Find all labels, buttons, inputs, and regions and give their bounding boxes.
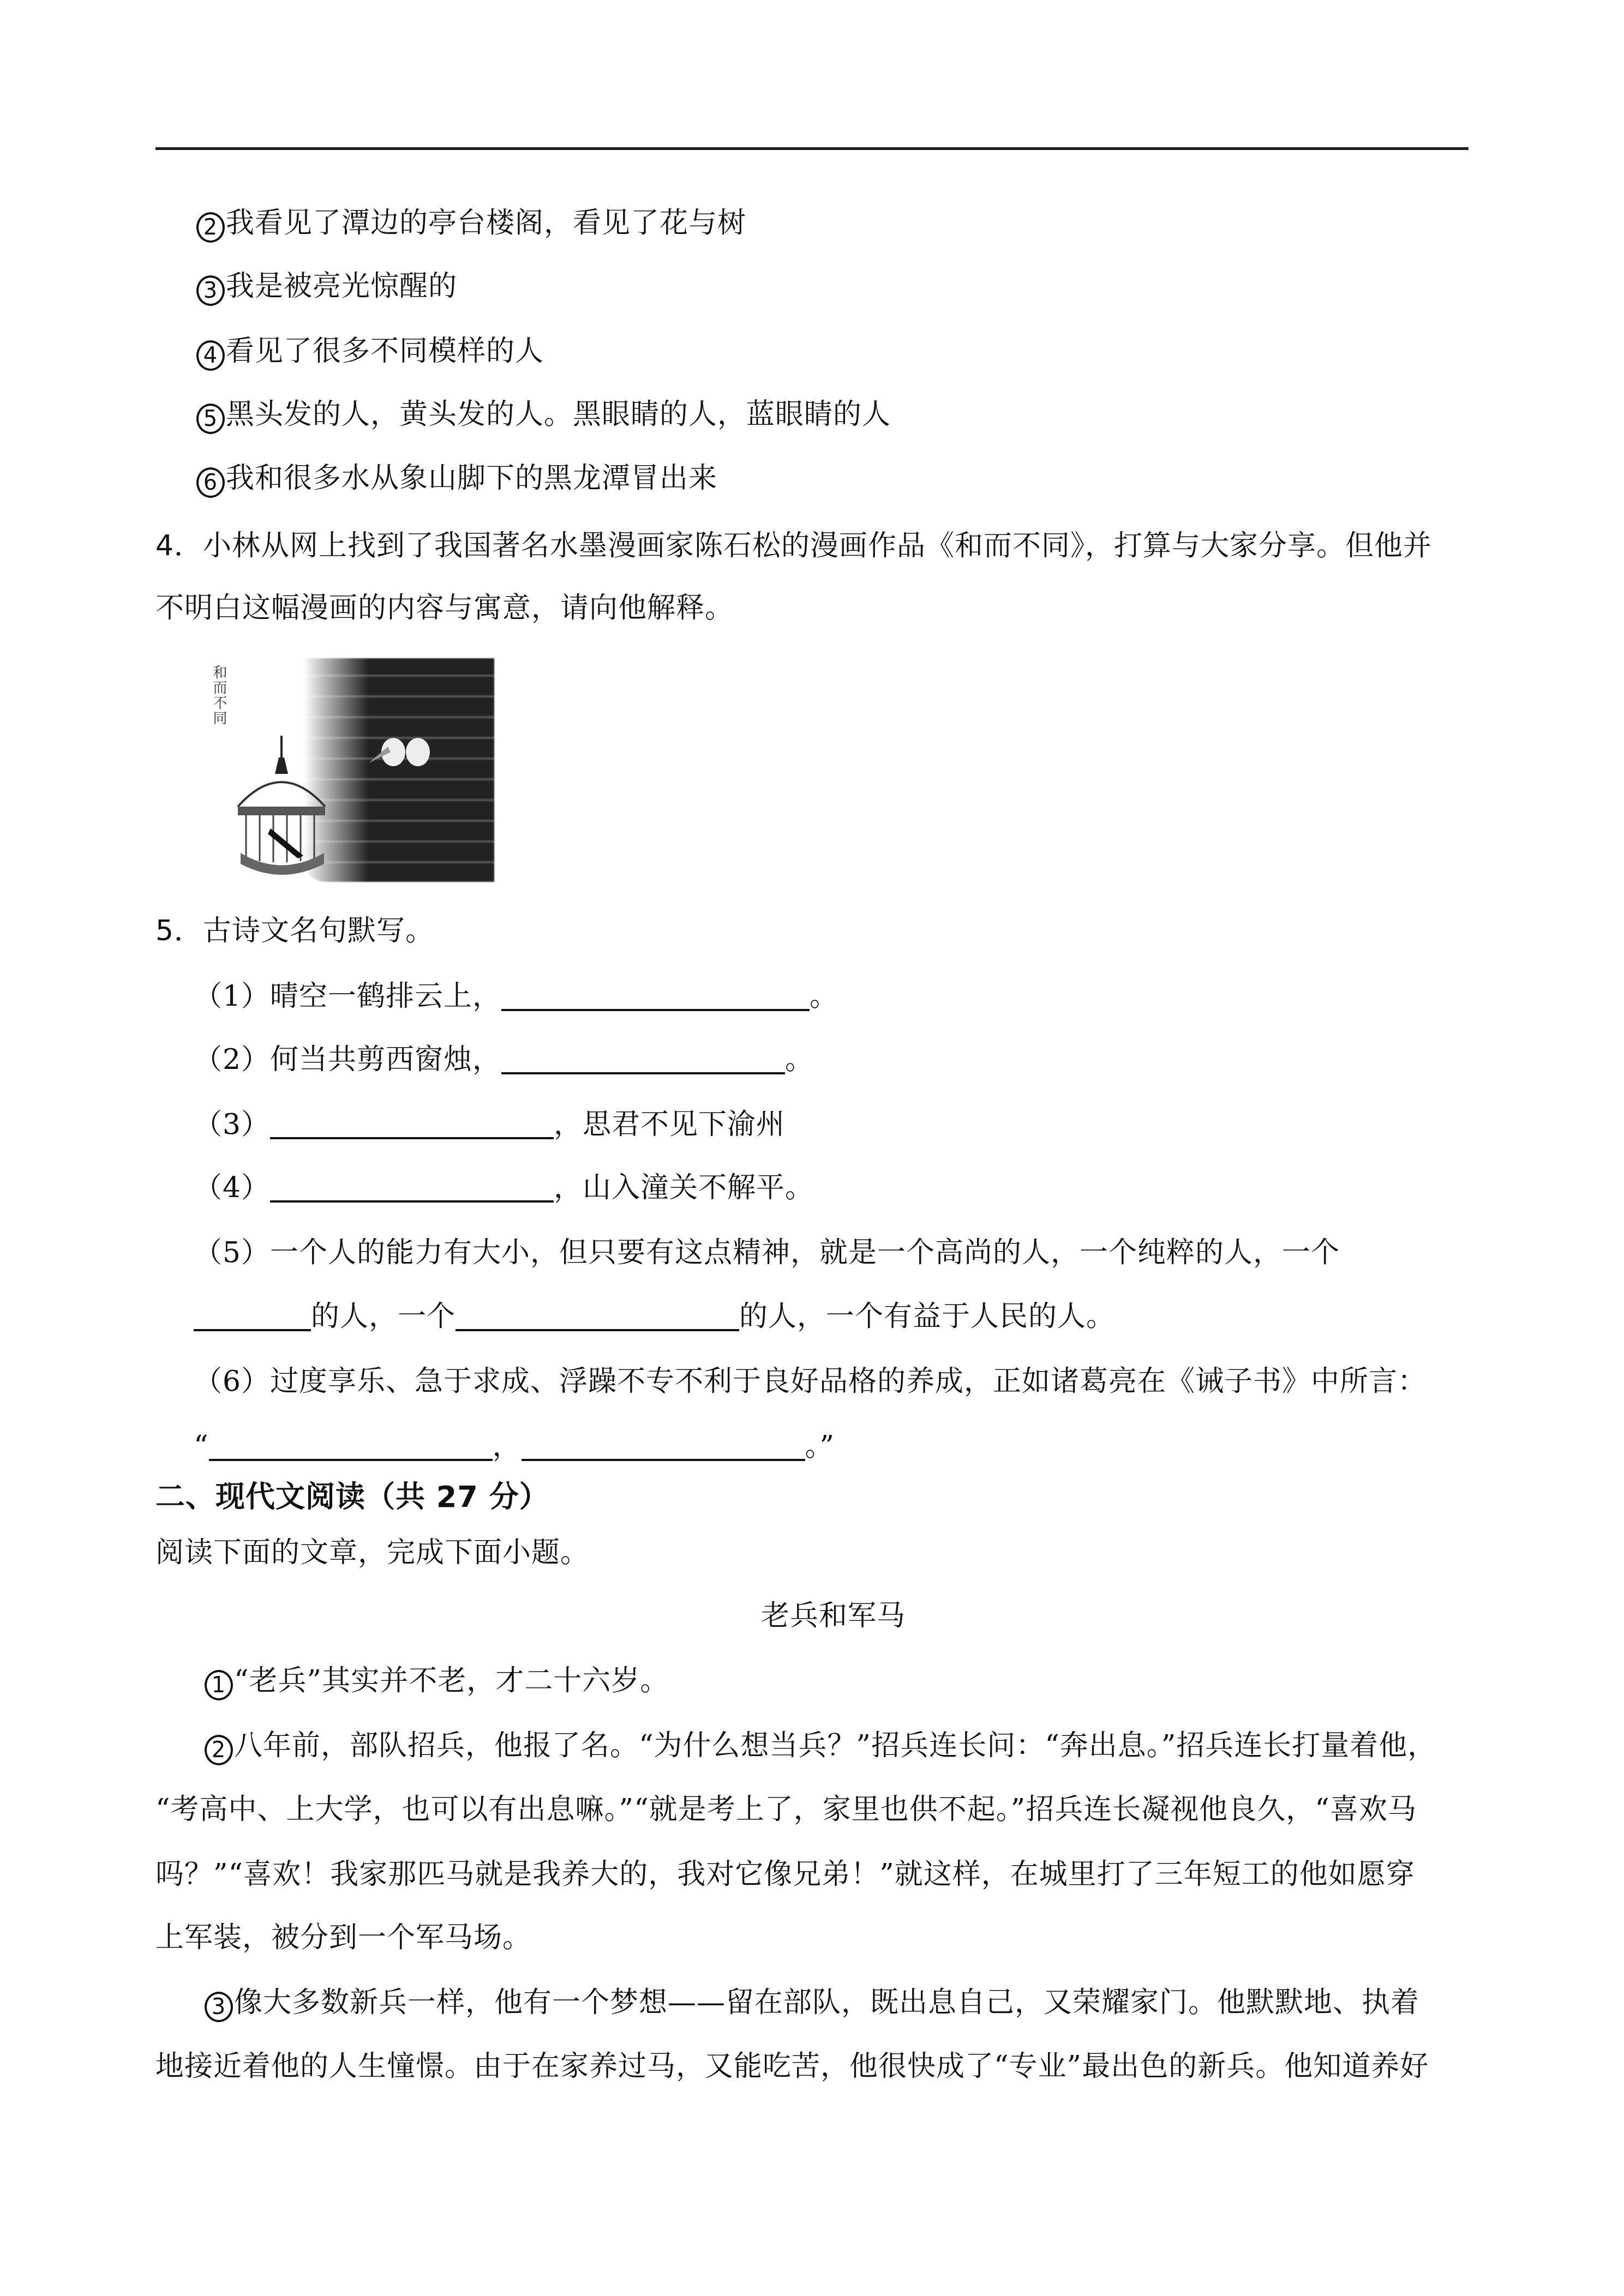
option-text: 我和很多水从象山脚下的黑龙潭冒出来 — [226, 462, 717, 495]
circled-number: 1 — [205, 1670, 233, 1700]
article-title: 老兵和军马 — [761, 1598, 906, 1633]
item-text: 一个人的能力有大小，但只要有这点精神，就是一个高尚的人，一个纯粹的人，一个 — [270, 1236, 1340, 1269]
item-label: （2） — [194, 1043, 270, 1076]
cartoon-inscription: 和而不同 — [195, 665, 228, 872]
paragraph-2-line2: “考高中、上大学，也可以有出息嘛。”“就是考上了，家里也供不起。”招兵连长凝视他… — [155, 1792, 1417, 1827]
q5-item-2: （2）何当共剪西窗烛，。 — [194, 1042, 814, 1077]
punctuation: “ — [194, 1430, 209, 1463]
paragraph-1: 1“老兵”其实并不老，才二十六岁。 — [205, 1663, 669, 1700]
option-text: 我是被亮光惊醒的 — [226, 270, 457, 303]
cartoon-image: 和而不同 — [189, 654, 499, 888]
circled-number: 2 — [196, 212, 225, 243]
option-3: 3我是被亮光惊醒的 — [196, 269, 457, 306]
header-rule — [155, 147, 1469, 150]
option-text: 我看见了潭边的亭台楼阁，看见了花与树 — [226, 207, 746, 239]
option-5: 5黑头发的人，黄头发的人。黑眼睛的人，蓝眼睛的人 — [196, 397, 891, 434]
circled-number: 3 — [196, 275, 225, 306]
answer-blank[interactable] — [194, 1301, 311, 1331]
item-text: 的人，一个 — [311, 1300, 456, 1333]
q5-item-3: （3），思君不见下渝州 — [194, 1107, 785, 1142]
q5-item-1: （1）晴空一鹤排云上，。 — [194, 979, 838, 1014]
section-heading: 二、现代文阅读（共 27 分） — [155, 1480, 549, 1514]
option-2: 2我看见了潭边的亭台楼阁，看见了花与树 — [196, 206, 746, 243]
answer-blank[interactable] — [270, 1109, 554, 1139]
question-text: 古诗文名句默写。 — [203, 915, 434, 947]
q5-item-5-line1: （5）一个人的能力有大小，但只要有这点精神，就是一个高尚的人，一个纯粹的人，一个 — [194, 1235, 1340, 1270]
item-text: 过度享乐、急于求成、浮躁不专不利于良好品格的养成，正如诸葛亮在《诫子书》中所言： — [270, 1365, 1427, 1398]
item-label: （4） — [194, 1171, 270, 1204]
circled-number: 2 — [205, 1735, 233, 1765]
two-birds-icon — [363, 730, 440, 774]
paragraph-3-line1: 3像大多数新兵一样，他有一个梦想——留在部队，既出息自己，又荣耀家门。他默默地、… — [205, 1985, 1419, 2022]
question-4-line1: 4．小林从网上找到了我国著名水墨漫画家陈石松的漫画作品《和而不同》，打算与大家分… — [155, 528, 1432, 563]
answer-blank[interactable] — [456, 1301, 739, 1331]
item-text: 晴空一鹤排云上， — [270, 980, 501, 1013]
question-5-prompt: 5．古诗文名句默写。 — [155, 913, 434, 948]
q5-item-5-line2: 的人，一个的人，一个有益于人民的人。 — [194, 1299, 1115, 1334]
item-text: ，思君不见下渝州 — [554, 1108, 785, 1141]
answer-blank[interactable] — [270, 1172, 554, 1203]
q5-item-6-line1: （6）过度享乐、急于求成、浮躁不专不利于良好品格的养成，正如诸葛亮在《诫子书》中… — [194, 1364, 1427, 1399]
option-text: 看见了很多不同模样的人 — [226, 335, 544, 368]
paragraph-3-line2: 地接近着他的人生憧憬。由于在家养过马，又能吃苦，他很快成了“专业”最出色的新兵。… — [155, 2049, 1429, 2084]
question-text: 小林从网上找到了我国著名水墨漫画家陈石松的漫画作品《和而不同》，打算与大家分享。… — [203, 530, 1432, 562]
option-4: 4看见了很多不同模样的人 — [196, 334, 544, 371]
question-4-line2: 不明白这幅漫画的内容与寓意，请向他解释。 — [155, 591, 734, 626]
paragraph-text: “老兵”其实并不老，才二十六岁。 — [234, 1664, 669, 1697]
item-text: 何当共剪西窗烛， — [270, 1043, 501, 1076]
paragraph-2-line4: 上军装，被分到一个军马场。 — [155, 1920, 531, 1955]
item-label: （5） — [194, 1236, 270, 1269]
question-number: 5． — [155, 915, 203, 947]
birdcage-icon — [227, 736, 341, 877]
item-text: 的人，一个有益于人民的人。 — [739, 1300, 1115, 1333]
q5-item-6-line2: “，。” — [194, 1429, 835, 1464]
circled-number: 3 — [205, 1992, 233, 2022]
paragraph-text: 八年前，部队招兵，他报了名。“为什么想当兵？”招兵连长问：“奔出息。”招兵连长打… — [234, 1729, 1436, 1762]
answer-blank[interactable] — [522, 1431, 805, 1461]
q5-item-4: （4），山入潼关不解平。 — [194, 1170, 814, 1205]
punctuation: ， — [493, 1430, 522, 1463]
answer-blank[interactable] — [501, 1044, 785, 1074]
paragraph-2-line1: 2八年前，部队招兵，他报了名。“为什么想当兵？”招兵连长问：“奔出息。”招兵连长… — [205, 1728, 1436, 1765]
option-6: 6我和很多水从象山脚下的黑龙潭冒出来 — [196, 461, 717, 498]
item-label: （3） — [194, 1108, 270, 1141]
question-text: 不明白这幅漫画的内容与寓意，请向他解释。 — [155, 592, 734, 624]
question-number: 4． — [155, 530, 203, 562]
option-text: 黑头发的人，黄头发的人。黑眼睛的人，蓝眼睛的人 — [226, 398, 891, 431]
section-instruction: 阅读下面的文章，完成下面小题。 — [155, 1535, 589, 1570]
item-label: （6） — [194, 1365, 270, 1398]
paragraph-text: 像大多数新兵一样，他有一个梦想——留在部队，既出息自己，又荣耀家门。他默默地、执… — [234, 1986, 1419, 2019]
answer-blank[interactable] — [501, 981, 810, 1011]
item-text: ，山入潼关不解平。 — [554, 1171, 814, 1204]
answer-blank[interactable] — [209, 1431, 493, 1461]
paragraph-2-line3: 吗？”“喜欢！我家那匹马就是我养大的，我对它像兄弟！”就这样，在城里打了三年短工… — [155, 1857, 1415, 1892]
punctuation: 。 — [810, 980, 838, 1013]
punctuation: 。” — [805, 1430, 835, 1463]
circled-number: 4 — [196, 340, 225, 371]
circled-number: 6 — [196, 467, 225, 498]
circled-number: 5 — [196, 404, 225, 434]
punctuation: 。 — [785, 1043, 814, 1076]
item-label: （1） — [194, 980, 270, 1013]
